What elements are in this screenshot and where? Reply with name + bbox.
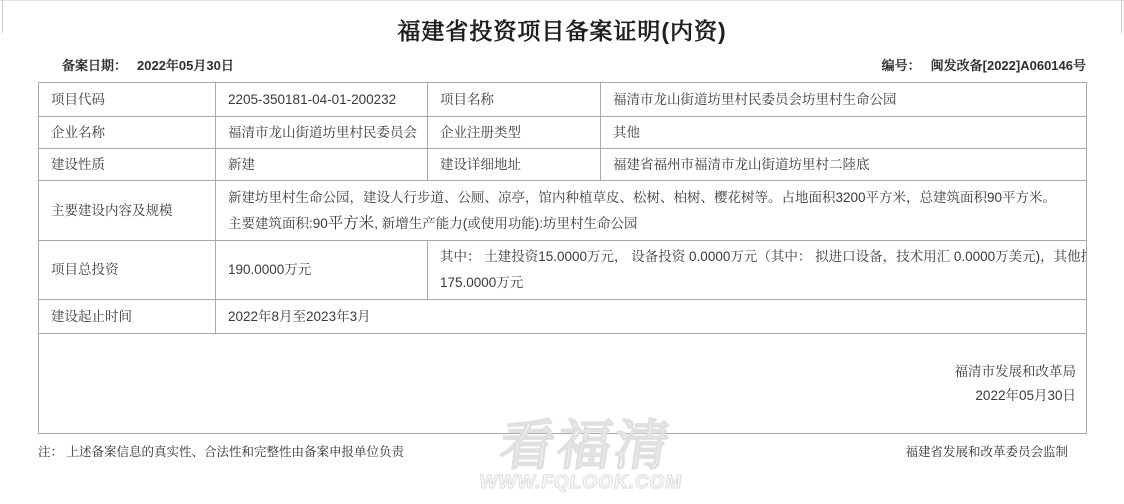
- table-row: 福清市发展和改革局 2022年05月30日: [39, 334, 1087, 434]
- investment-breakdown-line1: 其中： 土建投资15.0000万元， 设备投资 0.0000万元（其中： 拟进口…: [440, 244, 1076, 270]
- right-border-stub: [1121, 0, 1122, 33]
- footer-row: 注： 上述备案信息的真实性、合法性和完整性由备案申报单位负责 福建省发展和改革委…: [0, 442, 1124, 460]
- table-row: 项目总投资 190.0000万元 其中： 土建投资15.0000万元， 设备投资…: [39, 241, 1087, 300]
- serial-number-label: 编号：: [882, 58, 921, 73]
- address-label: 建设详细地址: [428, 149, 601, 181]
- table-row: 项目代码 2205-350181-04-01-200232 项目名称 福清市龙山…: [39, 83, 1087, 117]
- serial-number: 编号：闽发改备[2022]A060146号: [882, 55, 1086, 74]
- table-row: 建设起止时间 2022年8月至2023年3月: [39, 300, 1087, 334]
- company-name-label: 企业名称: [39, 117, 216, 149]
- table-row: 建设性质 新建 建设详细地址 福建省福州市福清市龙山街道坊里村二陸底: [39, 149, 1087, 181]
- page-title: 福建省投资项目备案证明(内资): [0, 13, 1124, 46]
- project-name-value: 福清市龙山街道坊里村民委员会坊里村生命公园: [601, 83, 1087, 117]
- issuing-authority: 福清市发展和改革局: [51, 364, 1076, 380]
- filing-table: 项目代码 2205-350181-04-01-200232 项目名称 福清市龙山…: [38, 82, 1087, 434]
- content-scale-line2: 主要建筑面积:90平方米, 新增生产能力(或使用功能):坊里村生命公园: [228, 211, 1076, 237]
- content-scale-line2-c: , 新增生产能力(或使用功能):坊里村生命公园: [374, 216, 637, 231]
- construction-nature-label: 建设性质: [39, 149, 216, 181]
- construction-nature-value: 新建: [216, 149, 428, 181]
- total-investment-value: 190.0000万元: [216, 241, 428, 300]
- content-scale-label: 主要建设内容及规模: [39, 181, 216, 241]
- table-row: 企业名称 福清市龙山街道坊里村民委员会 企业注册类型 其他: [39, 117, 1087, 149]
- total-investment-label: 项目总投资: [39, 241, 216, 300]
- serial-number-value: 闽发改备[2022]A060146号: [931, 58, 1086, 73]
- table-row: 主要建设内容及规模 新建坊里村生命公园，建设人行步道、公厕、凉亭，馆内种植草皮、…: [39, 181, 1087, 241]
- content-scale-value: 新建坊里村生命公园，建设人行步道、公厕、凉亭，馆内种植草皮、松树、柏树、樱花树等…: [216, 181, 1087, 241]
- footer-supervisor: 福建省发展和改革委员会监制: [905, 442, 1068, 460]
- period-label: 建设起止时间: [39, 300, 216, 334]
- filing-certificate-page: 福建省投资项目备案证明(内资) 备案日期：2022年05月30日 编号：闽发改备…: [0, 0, 1124, 504]
- project-name-label: 项目名称: [428, 83, 601, 117]
- filing-date: 备案日期：2022年05月30日: [62, 55, 234, 74]
- address-value: 福建省福州市福清市龙山街道坊里村二陸底: [601, 149, 1087, 181]
- filing-date-label: 备案日期：: [62, 58, 127, 73]
- project-code-label: 项目代码: [39, 83, 216, 117]
- watermark-url: WWW.FQLOOK.COM: [478, 472, 684, 494]
- signature-cell: 福清市发展和改革局 2022年05月30日: [39, 334, 1087, 434]
- company-reg-type-label: 企业注册类型: [428, 117, 601, 149]
- company-reg-type-value: 其他: [601, 117, 1087, 149]
- issuing-date: 2022年05月30日: [51, 388, 1076, 404]
- investment-breakdown: 其中： 土建投资15.0000万元， 设备投资 0.0000万元（其中： 拟进口…: [428, 241, 1087, 300]
- company-name-value: 福清市龙山街道坊里村民委员会: [216, 117, 428, 149]
- top-border-line: [0, 0, 1124, 1]
- filing-date-value: 2022年05月30日: [137, 58, 234, 73]
- period-value: 2022年8月至2023年3月: [216, 300, 1087, 334]
- footer-note: 注： 上述备案信息的真实性、合法性和完整性由备案申报单位负责: [38, 442, 404, 460]
- content-scale-line2-b: 平方米: [328, 215, 375, 232]
- content-scale-line2-a: 主要建筑面积:90: [228, 216, 328, 231]
- project-code-value: 2205-350181-04-01-200232: [216, 83, 428, 117]
- content-scale-line1: 新建坊里村生命公园，建设人行步道、公厕、凉亭，馆内种植草皮、松树、柏树、樱花树等…: [228, 185, 1076, 211]
- investment-breakdown-line2: 175.0000万元: [440, 270, 1076, 296]
- left-border-stub: [2, 0, 3, 33]
- meta-row: 备案日期：2022年05月30日 编号：闽发改备[2022]A060146号: [0, 55, 1124, 74]
